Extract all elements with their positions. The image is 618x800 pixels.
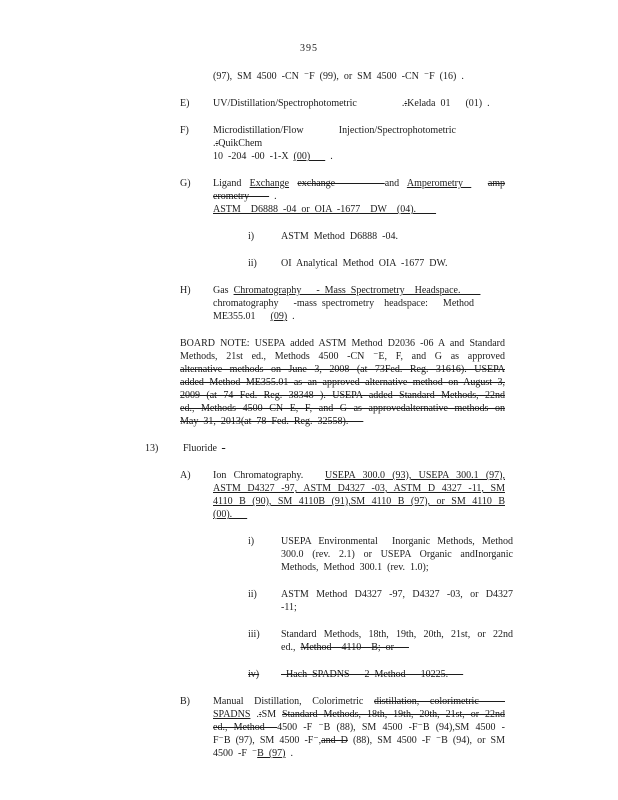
item-label: ii) [248, 257, 281, 270]
list-item: F)Microdistillation/Flow Injection/Spect… [180, 124, 618, 163]
text-run: and D [321, 735, 348, 746]
text-run: Gas [213, 285, 234, 296]
text-run: Ligand [213, 178, 250, 189]
text-run: Manual Distillation, Colorimetric [213, 696, 374, 707]
item-text: USEPA Environmental Inorganic Methods, M… [281, 535, 513, 574]
item-label: i) [248, 535, 281, 574]
item-label: A) [180, 469, 213, 521]
item-text: UV/Distillation/Spectrophotometric .:Kel… [213, 97, 505, 110]
text-run: . [269, 191, 277, 202]
item-text: Microdistillation/Flow Injection/Spectro… [213, 124, 505, 163]
text-run: ME355.01 [213, 311, 271, 322]
text-run: SM [262, 709, 282, 720]
text-run: . [250, 709, 258, 720]
text-run: Chromatography - Mass Spectrometry Heads… [234, 285, 481, 296]
list-item: B)Manual Distillation, Colorimetric dist… [180, 695, 618, 760]
list-item: iv) Hach SPADNS 2 Method 10225. [248, 668, 618, 681]
item-label: ii) [248, 588, 281, 614]
item-text: OI Analytical Method OIA -1677 DW. [281, 257, 513, 270]
text-run: Method 4110 B; or [300, 642, 409, 653]
text-run: Amperometry [407, 178, 471, 189]
list-item: i)USEPA Environmental Inorganic Methods,… [248, 535, 618, 574]
text-run: (00) [294, 151, 326, 162]
item-label: iv) [248, 668, 281, 681]
text-run: Kelada 01 (01) . [407, 98, 489, 109]
text-run: OI Analytical Method OIA -1677 DW. [281, 258, 448, 269]
text-run [471, 178, 488, 189]
item-label: E) [180, 97, 213, 110]
document-body: (97), SM 4500 -CN ⁻F (99), or SM 4500 -C… [0, 70, 618, 760]
text-run: 10 -204 -00 -1-X [213, 151, 294, 162]
item-label: B) [180, 695, 213, 760]
text-run: (09) [271, 311, 288, 322]
text-run: . [325, 151, 333, 162]
text-run: ASTM D6888 -04 or OIA -1677 DW (04). [213, 204, 436, 215]
board-note: BOARD NOTE: USEPA added ASTM Method D203… [180, 337, 505, 428]
item-label: G) [180, 177, 213, 216]
text-run: QuikChem [218, 138, 262, 149]
text-run: exchange [297, 178, 384, 189]
list-item: 13)Fluoride - [145, 442, 618, 455]
text-run: USEPA Environmental Inorganic Methods, M… [281, 536, 513, 573]
item-text: Fluoride - [183, 442, 225, 455]
list-item: G)Ligand Exchange exchange and Amperomet… [180, 177, 618, 216]
text-run: alternative methods on June 3, 2008 (at … [180, 364, 505, 427]
text-run: Ion Chromatography. [213, 470, 325, 481]
list-item: ii)ASTM Method D4327 -97, D4327 -03, or … [248, 588, 618, 614]
list-item: H)Gas Chromatography - Mass Spectrometry… [180, 284, 618, 323]
item-label: H) [180, 284, 213, 323]
text-run: . [286, 748, 294, 759]
text-run: Fluoride [183, 443, 222, 454]
text-run: distillation, colorimetric [374, 696, 505, 707]
item-label: F) [180, 124, 213, 163]
list-item: ii)OI Analytical Method OIA -1677 DW. [248, 257, 618, 270]
list-item: iii)Standard Methods, 18th, 19th, 20th, … [248, 628, 618, 654]
item-text: ASTM Method D6888 -04. [281, 230, 513, 243]
text-run: . [287, 311, 295, 322]
list-item: A)Ion Chromatography. USEPA 300.0 (93), … [180, 469, 618, 521]
item-text: Gas Chromatography - Mass Spectrometry H… [213, 284, 505, 323]
item-label: i) [248, 230, 281, 243]
text-run: Hach SPADNS 2 Method 10225. [281, 669, 463, 680]
text-run: BOARD NOTE: USEPA added ASTM Method D203… [180, 338, 505, 362]
item-text: Hach SPADNS 2 Method 10225. [281, 668, 513, 681]
list-item: i)ASTM Method D6888 -04. [248, 230, 618, 243]
page-number: 395 [0, 42, 618, 55]
text-run: - [222, 443, 225, 454]
list-item: E)UV/Distillation/Spectrophotometric .:K… [180, 97, 618, 110]
text-run: B (97) [257, 748, 285, 759]
text-run: UV/Distillation/Spectrophotometric . [213, 98, 404, 109]
text-run: ASTM Method D6888 -04. [281, 231, 398, 242]
text-run: Exchange [250, 178, 289, 189]
text-run: (97), SM 4500 -CN ⁻F (99), or SM 4500 -C… [213, 71, 464, 82]
item-text: Manual Distillation, Colorimetric distil… [213, 695, 505, 760]
text-run: and [385, 178, 407, 189]
text-run: SPADNS [213, 709, 250, 720]
paragraph: (97), SM 4500 -CN ⁻F (99), or SM 4500 -C… [213, 70, 505, 83]
item-text: ASTM Method D4327 -97, D4327 -03, or D43… [281, 588, 513, 614]
text-run: chromatography -mass spectrometry headsp… [213, 298, 474, 309]
item-label: 13) [145, 442, 183, 455]
item-label: iii) [248, 628, 281, 654]
item-text: Ion Chromatography. USEPA 300.0 (93), US… [213, 469, 505, 521]
document-page: 395 (97), SM 4500 -CN ⁻F (99), or SM 450… [0, 0, 618, 760]
item-text: Ligand Exchange exchange and Amperometry… [213, 177, 505, 216]
text-run: ASTM Method D4327 -97, D4327 -03, or D43… [281, 589, 513, 613]
item-text: Standard Methods, 18th, 19th, 20th, 21st… [281, 628, 513, 654]
